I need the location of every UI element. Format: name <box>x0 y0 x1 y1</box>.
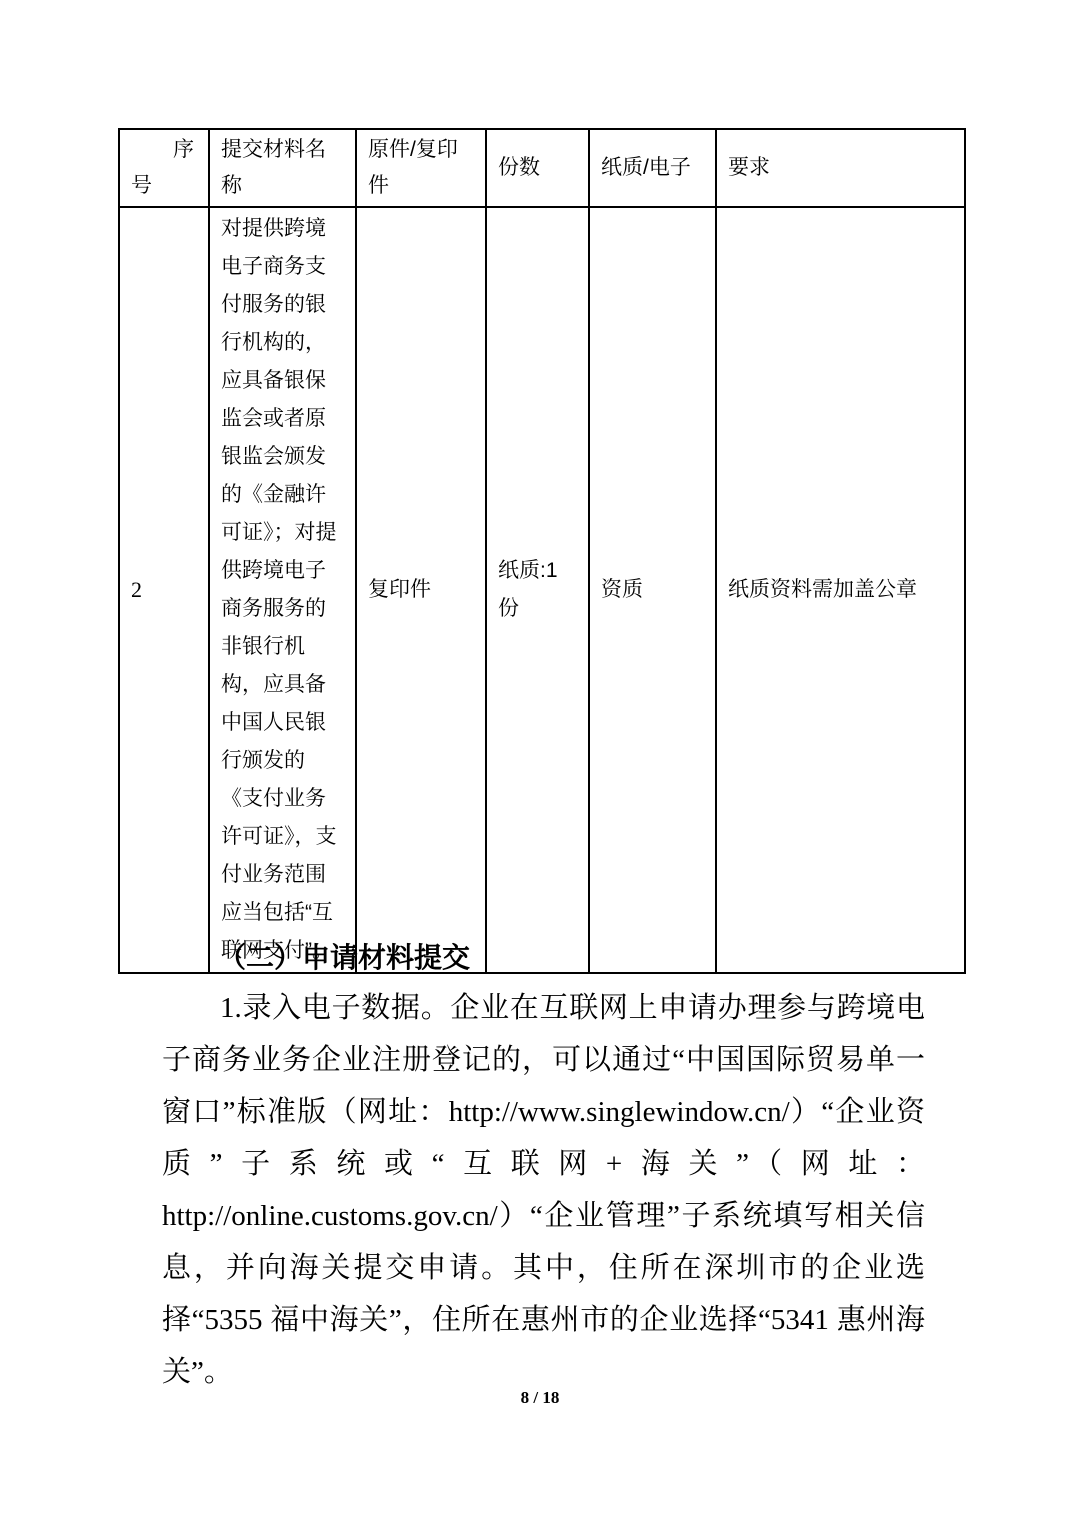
header-cell-copies: 份数 <box>486 129 589 207</box>
header-cell-original-or-copy: 原件/复印件 <box>356 129 486 207</box>
document-page: 序号 提交材料名称 原件/复印件 份数 纸质/电子 要求 2 对提供跨境电子商务… <box>0 0 1080 1526</box>
page-number: 8 / 18 <box>0 1388 1080 1408</box>
cell-material-name: 对提供跨境电子商务支付服务的银行机构的，应具备银保监会或者原银监会颁发的《金融许… <box>209 207 356 973</box>
body-paragraph: 1.录入电子数据。企业在互联网上申请办理参与跨境电子商务业务企业注册登记的，可以… <box>162 982 925 1398</box>
cell-original-or-copy: 复印件 <box>356 207 486 973</box>
table-header-row: 序号 提交材料名称 原件/复印件 份数 纸质/电子 要求 <box>119 129 965 207</box>
header-cell-paper-or-electronic: 纸质/电子 <box>589 129 716 207</box>
cell-copies: 纸质:1份 <box>486 207 589 973</box>
materials-table: 序号 提交材料名称 原件/复印件 份数 纸质/电子 要求 2 对提供跨境电子商务… <box>118 128 966 974</box>
header-cell-seq: 序号 <box>119 129 209 207</box>
header-cell-requirement: 要求 <box>716 129 965 207</box>
table-row: 2 对提供跨境电子商务支付服务的银行机构的，应具备银保监会或者原银监会颁发的《金… <box>119 207 965 973</box>
cell-paper-or-electronic: 资质 <box>589 207 716 973</box>
section-heading: （二）申请材料提交 <box>162 936 927 980</box>
cell-seq: 2 <box>119 207 209 973</box>
header-cell-material-name: 提交材料名称 <box>209 129 356 207</box>
cell-requirement: 纸质资料需加盖公章 <box>716 207 965 973</box>
